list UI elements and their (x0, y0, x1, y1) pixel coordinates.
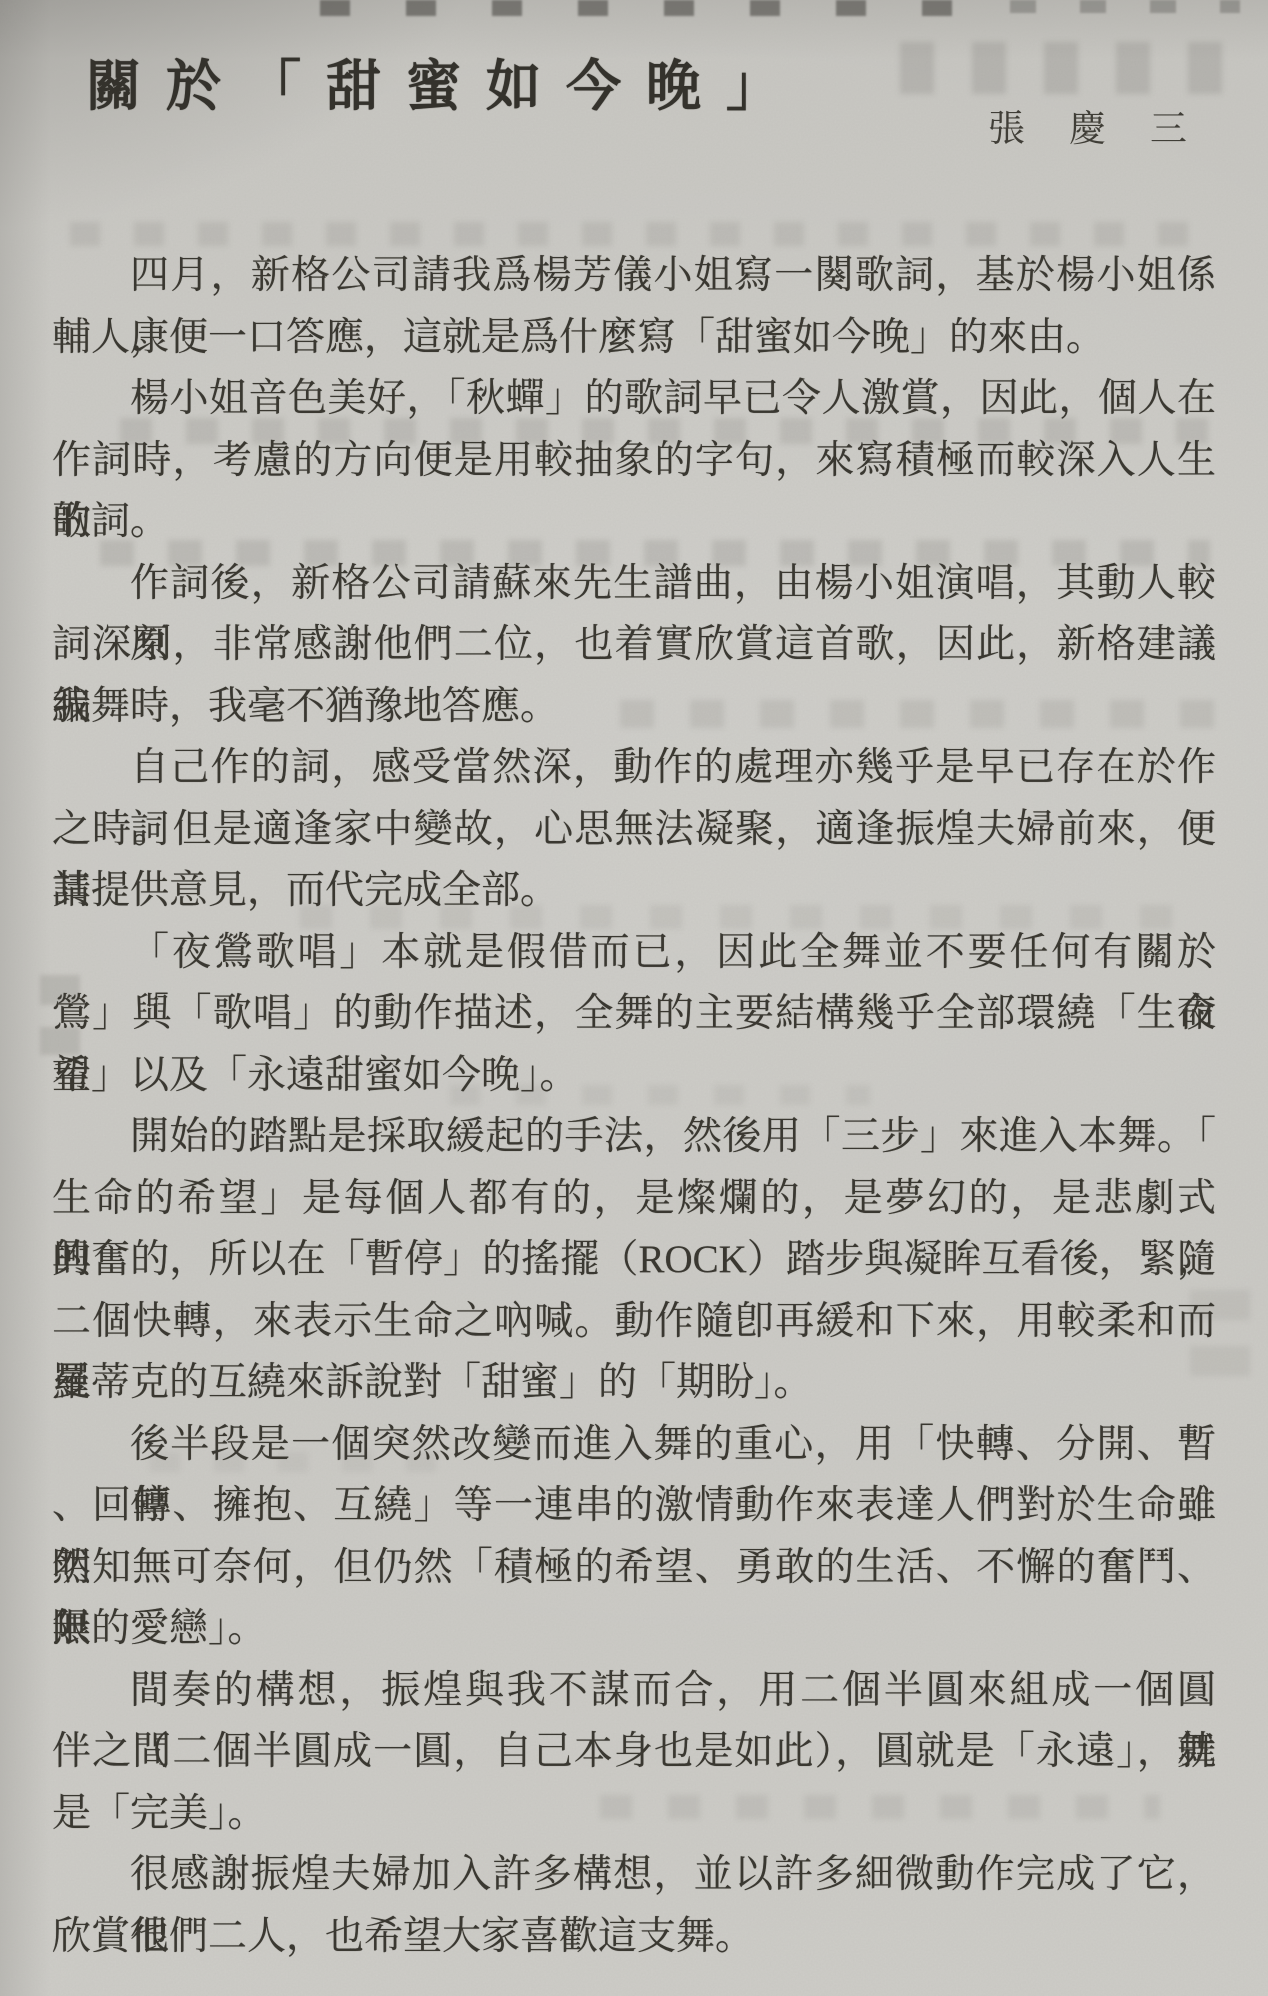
text-line: 鶯」與「歌唱」的動作描述，全舞的主要結構幾乎全部環繞「生命希 (52, 983, 1216, 1045)
text-line: 、回轉、擁抱、互繞」等一連串的激情動作來表達人們對於生命雖然 (52, 1475, 1216, 1537)
text-line: 伴之間二個半圓成一圓，自己本身也是如此），圓就是「永遠」，就 (52, 1721, 1216, 1783)
text-line: 興奮的，所以在「暫停」的搖擺（ROCK）踏步與凝眸互看後，緊隨 (52, 1229, 1216, 1291)
text-line: 自己作的詞，感受當然深，動作的處理亦幾乎是早已存在於作詞 (52, 737, 1216, 799)
text-line: 四月，新格公司請我爲楊芳儀小姐寫一闋歌詞，基於楊小姐係康 (52, 245, 1216, 307)
text-line: 「夜鶯歌唱」本就是假借而已，因此全舞並不要任何有關於「夜 (52, 922, 1216, 984)
text-line: 輔人，便一口答應，這就是爲什麼寫「甜蜜如今晚」的來由。 (52, 307, 1216, 369)
author-name: 張慶三 (988, 98, 1231, 152)
text-line: 後半段是一個突然改變而進入舞的重心，用「快轉、分開、暫停 (52, 1414, 1216, 1476)
text-line: 曼蒂克的互繞來訴說對「甜蜜」的「期盼」。 (52, 1352, 1216, 1414)
text-line: 欣賞他們二人，也希望大家喜歡這支舞。 (52, 1906, 1216, 1968)
text-line: 二個快轉，來表示生命之吶喊。動作隨卽再緩和下來，用較柔和而羅 (52, 1291, 1216, 1353)
text-line: 生命的希望」是每個人都有的，是燦爛的，是夢幻的，是悲劇式的， (52, 1168, 1216, 1230)
text-line: 其提供意見，而代完成全部。 (52, 860, 1216, 922)
text-line: 明知無可奈何，但仍然「積極的希望、勇敢的生活、不懈的奮鬥、無 (52, 1537, 1216, 1599)
text-line: 詞深刻，非常感謝他們二位，也着實欣賞這首歌，因此，新格建議我 (52, 614, 1216, 676)
text-line: 楊小姐音色美好，「秋蟬」的歌詞早已令人激賞，因此，個人在 (52, 368, 1216, 430)
text-line: 作詞時，考慮的方向便是用較抽象的字句，來寫積極而較深入人生的 (52, 430, 1216, 492)
text-line: 開始的踏點是採取緩起的手法，然後用「三步」來進入本舞。「 (52, 1106, 1216, 1168)
text-line: 是「完美」。 (52, 1783, 1216, 1845)
text-line: 間奏的構想，振煌與我不謀而合，用二個半圓來組成一個圓（舞 (52, 1660, 1216, 1722)
text-line: 限的愛戀」。 (52, 1598, 1216, 1660)
text-line: 望」以及「永遠甜蜜如今晚」。 (52, 1045, 1216, 1107)
text-line: 編舞時，我毫不猶豫地答應。 (52, 676, 1216, 738)
text-line: 作詞後，新格公司請蘇來先生譜曲，由楊小姐演唱，其動人較原 (52, 553, 1216, 615)
text-line: 很感謝振煌夫婦加入許多構想，並以許多細微動作完成了它，很 (52, 1844, 1216, 1906)
text-line: 歌詞。 (52, 491, 1216, 553)
text-line: 之時。但是適逢家中變故，心思無法凝聚，適逢振煌夫婦前來，便請 (52, 799, 1216, 861)
page-title: 關於「甜蜜如今晚」 (86, 42, 806, 121)
article-body: 四月，新格公司請我爲楊芳儀小姐寫一闋歌詞，基於楊小姐係康輔人，便一口答應，這就是… (52, 245, 1216, 1967)
